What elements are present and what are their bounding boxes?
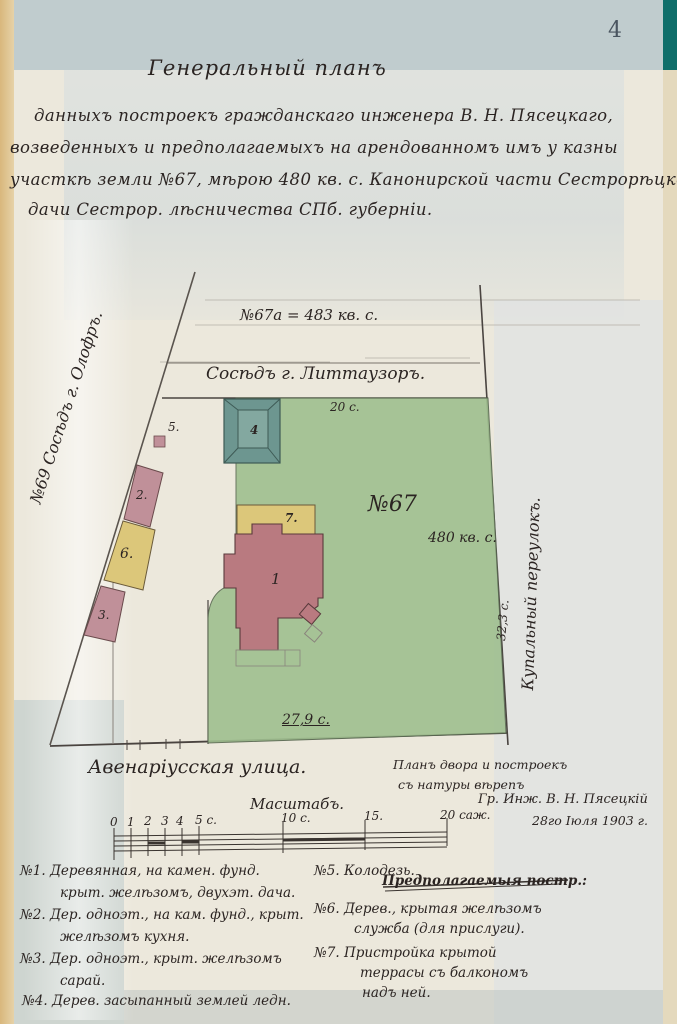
- left-boundary-line: [50, 272, 195, 745]
- scale-tick-label: 5 с.: [195, 813, 217, 827]
- legend-text: Деревянная, на камен. фунд.: [50, 863, 260, 879]
- legend-text: желѣзомъ кухня.: [60, 928, 189, 946]
- legend-num: №1.: [20, 863, 46, 879]
- signature: Гр. Инж. В. Н. Пясецкій: [478, 792, 648, 807]
- legend-num: №2.: [20, 907, 46, 923]
- building-5-well: [154, 436, 165, 447]
- scale-tick-label: 4: [176, 814, 184, 828]
- scale-tick-label: 1: [127, 815, 135, 829]
- legend-num: №6.: [314, 901, 340, 917]
- legend-text: Дерев. засыпанный землей ледн.: [52, 993, 291, 1009]
- neighbor-top-label: №67а = 483 кв. с.: [240, 306, 378, 324]
- legend-text: Дер. одноэт., на кам. фунд., крыт.: [50, 907, 304, 923]
- scale-tick-label: 2: [144, 814, 152, 828]
- building-6-number: 6.: [120, 546, 133, 562]
- building-4-number: 4: [250, 423, 258, 437]
- building-3-number: 3.: [98, 608, 109, 622]
- legend-text: надъ ней.: [362, 984, 431, 1002]
- dim-bottom: 27,9 с.: [282, 712, 330, 728]
- scale-tick-label: 20 саж.: [440, 808, 490, 822]
- note-line-1: Планъ двора и построекъ: [393, 757, 567, 772]
- legend-text: служба (для прислуги).: [354, 920, 525, 938]
- legend-text: Дерев., крытая желѣзомъ: [344, 901, 542, 917]
- legend-text: Дер. одноэт., крыт. желѣзомъ: [50, 951, 282, 967]
- legend-num: №5.: [314, 863, 340, 879]
- building-5-number: 5.: [168, 420, 179, 434]
- signature-date: 28го Іюля 1903 г.: [532, 813, 648, 828]
- building-7-number: 7.: [285, 511, 298, 525]
- street-label: Авенаріусская улица.: [88, 756, 306, 778]
- scale-tick-label: 0: [110, 815, 118, 829]
- legend-num: №4.: [22, 993, 48, 1009]
- proposed-heading: Предполагаемыя постр.:: [382, 872, 587, 890]
- legend-text: сарай.: [60, 972, 105, 990]
- legend-text: крыт. желѣзомъ, двухэт. дача.: [60, 884, 295, 902]
- legend-num: №3.: [20, 951, 46, 967]
- building-1-number: 1: [271, 570, 281, 588]
- scale-tick-label: 10 с.: [281, 811, 311, 825]
- neighbor-top-owner: Сосѣдъ г. Литтаузоръ.: [206, 364, 425, 384]
- legend-num: №7.: [314, 945, 340, 961]
- scale-tick-label: 3: [161, 814, 169, 828]
- legend-text: террасы съ балкономъ: [360, 964, 528, 982]
- note-line-2: съ натуры вѣрепъ: [398, 777, 524, 792]
- scale-tick-label: 15.: [364, 809, 383, 823]
- building-2-number: 2.: [136, 488, 147, 502]
- dim-top: 20 с.: [330, 400, 360, 414]
- legend-text: Пристройка крытой: [344, 945, 497, 961]
- plot-number: №67: [368, 492, 417, 517]
- plot-area: 480 кв. с.: [428, 530, 497, 546]
